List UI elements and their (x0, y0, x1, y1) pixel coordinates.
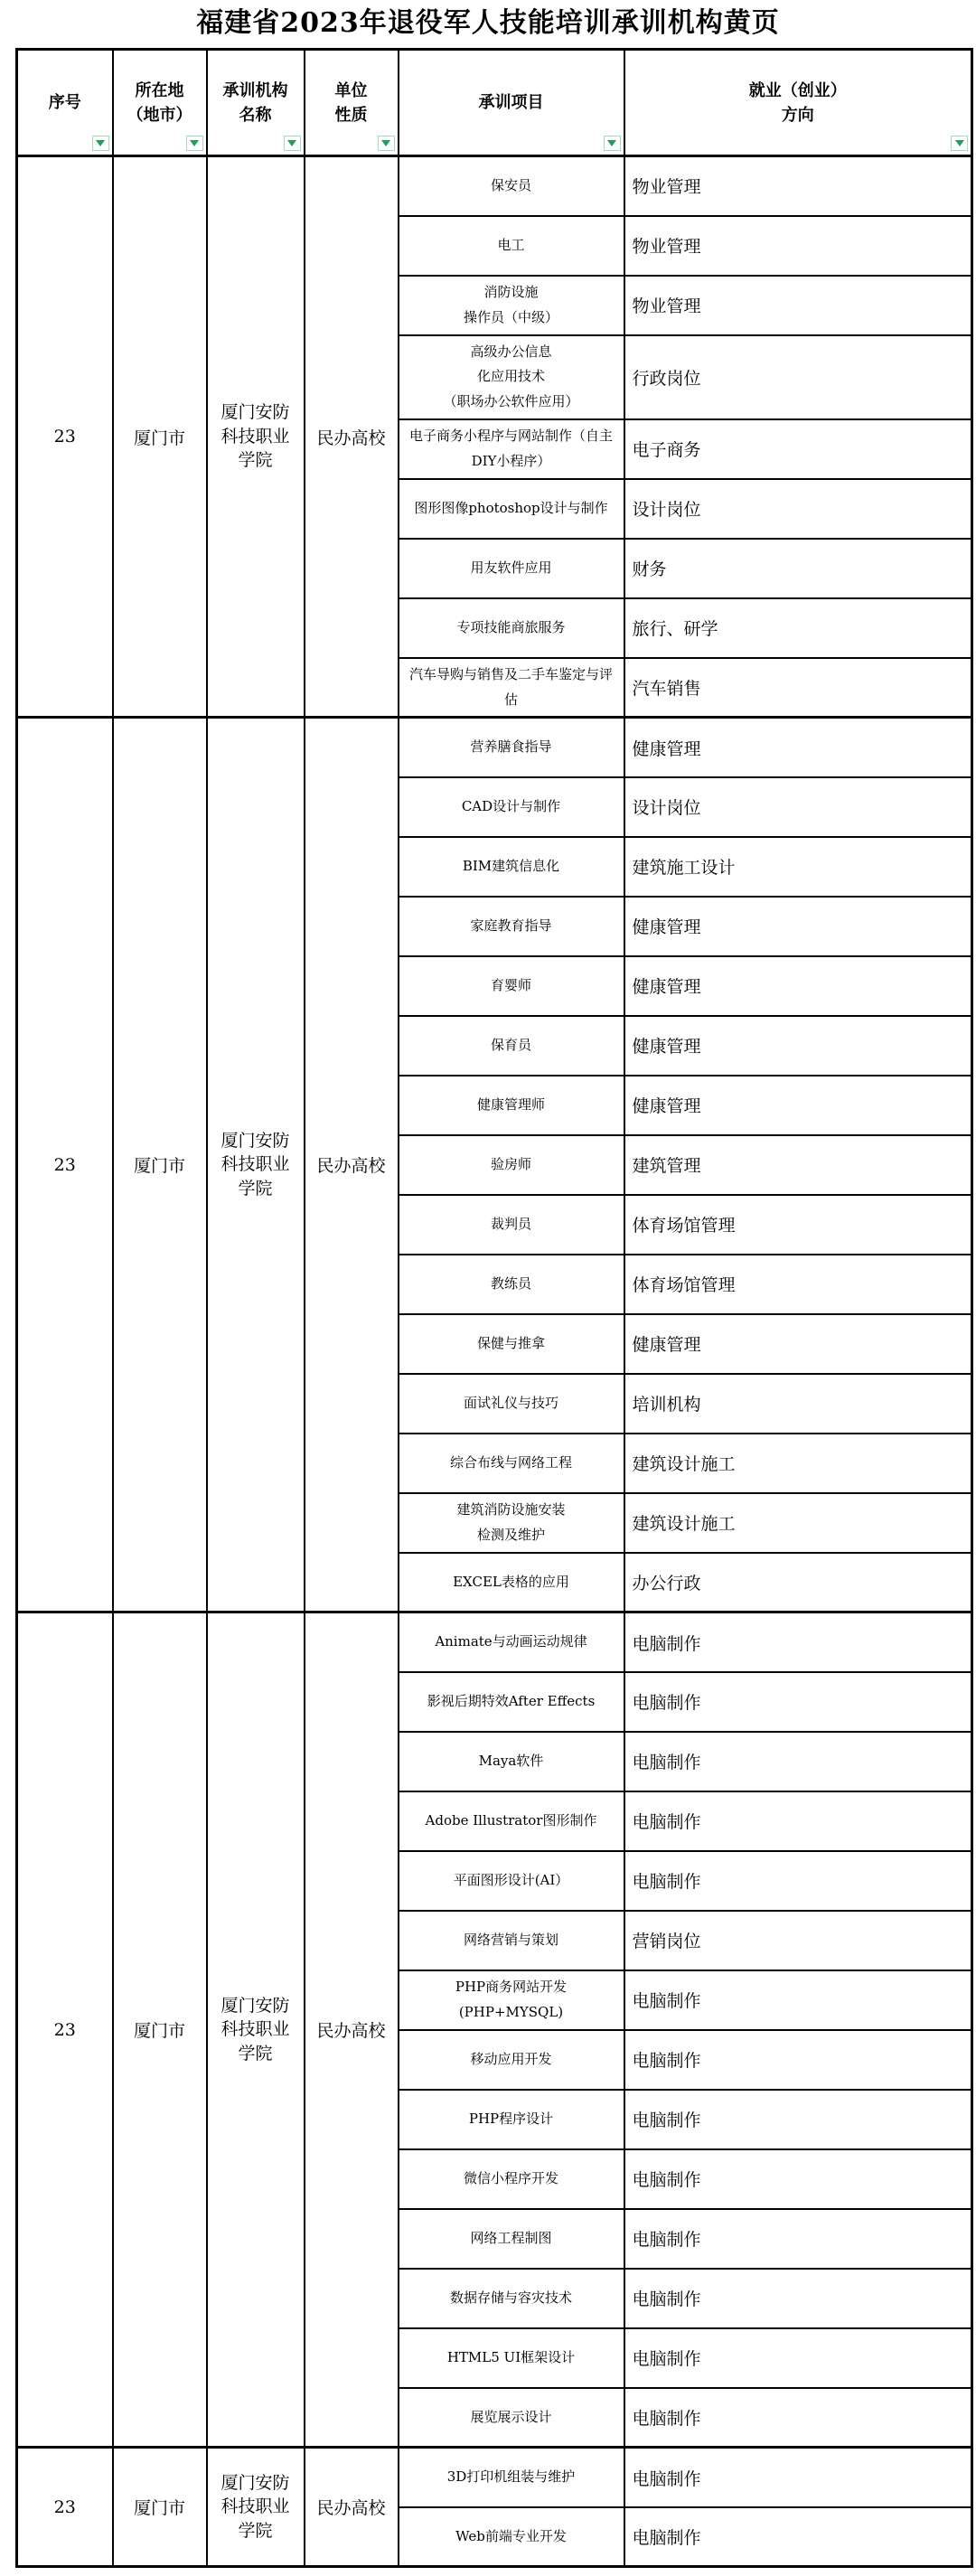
project-cell: 3D打印机组装与维护 (399, 2448, 624, 2507)
project-cell: 网络营销与策划 (399, 1911, 624, 1970)
column-header-label: 单位 性质 (335, 79, 368, 127)
institution-cell: 厦门安防科技职业学院 (207, 1612, 305, 2448)
project-cell: 图形图像photoshop设计与制作 (399, 479, 624, 539)
direction-cell: 健康管理 (624, 897, 972, 956)
direction-cell: 旅行、研学 (624, 598, 972, 658)
project-cell: 营养膳食指导 (399, 718, 624, 777)
direction-cell: 健康管理 (624, 1016, 972, 1076)
direction-cell: 电脑制作 (624, 1612, 972, 1672)
institution-cell: 厦门安防科技职业学院 (207, 156, 305, 718)
direction-cell: 电脑制作 (624, 1970, 972, 2030)
project-cell: 健康管理师 (399, 1076, 624, 1135)
city-cell: 厦门市 (113, 718, 207, 1612)
project-cell: 面试礼仪与技巧 (399, 1374, 624, 1434)
project-cell: 验房师 (399, 1135, 624, 1195)
direction-cell: 健康管理 (624, 1076, 972, 1135)
city-cell: 厦门市 (113, 2448, 207, 2567)
unit-type-cell: 民办高校 (305, 1612, 399, 2448)
project-cell: 保健与推拿 (399, 1314, 624, 1374)
table-row: 23厦门市厦门安防科技职业学院民办高校Animate与动画运动规律电脑制作 (17, 1612, 972, 1672)
table-row: 23厦门市厦门安防科技职业学院民办高校保安员物业管理 (17, 156, 972, 216)
direction-cell: 建筑设计施工 (624, 1434, 972, 1493)
direction-cell: 电脑制作 (624, 2269, 972, 2328)
table-header: 序号 所在地 （地市） 承训机构 名称 单位 性质 承训项目 (17, 50, 972, 156)
project-cell: 专项技能商旅服务 (399, 598, 624, 658)
direction-cell: 建筑设计施工 (624, 1493, 972, 1553)
direction-cell: 电脑制作 (624, 2328, 972, 2388)
table-row: 23厦门市厦门安防科技职业学院民办高校营养膳食指导健康管理 (17, 718, 972, 777)
filter-dropdown-button[interactable] (604, 136, 621, 151)
project-cell: 网络工程制图 (399, 2209, 624, 2269)
direction-cell: 电脑制作 (624, 2030, 972, 2090)
direction-cell: 电脑制作 (624, 2507, 972, 2567)
direction-cell: 电脑制作 (624, 2209, 972, 2269)
project-cell: 保育员 (399, 1016, 624, 1076)
column-header-label: 就业（创业） 方向 (749, 79, 847, 127)
serial-cell: 23 (17, 1612, 113, 2448)
header-row: 序号 所在地 （地市） 承训机构 名称 单位 性质 承训项目 (17, 50, 972, 156)
serial-cell: 23 (17, 2448, 113, 2567)
project-cell: EXCEL表格的应用 (399, 1553, 624, 1612)
project-cell: CAD设计与制作 (399, 777, 624, 837)
project-cell: 教练员 (399, 1255, 624, 1314)
direction-cell: 建筑施工设计 (624, 837, 972, 897)
project-cell: 用友软件应用 (399, 539, 624, 598)
unit-type-cell: 民办高校 (305, 156, 399, 718)
direction-cell: 建筑管理 (624, 1135, 972, 1195)
project-cell: Maya软件 (399, 1732, 624, 1791)
project-cell: 展览展示设计 (399, 2388, 624, 2448)
col-header-institution: 承训机构 名称 (207, 50, 305, 156)
col-header-serial: 序号 (17, 50, 113, 156)
filter-dropdown-icon (381, 140, 390, 146)
unit-type-cell: 民办高校 (305, 718, 399, 1612)
project-cell: 数据存储与容灾技术 (399, 2269, 624, 2328)
direction-cell: 培训机构 (624, 1374, 972, 1434)
serial-cell: 23 (17, 156, 113, 718)
direction-cell: 电子商务 (624, 419, 972, 479)
project-cell: PHP程序设计 (399, 2090, 624, 2149)
project-cell: 汽车导购与销售及二手车鉴定与评估 (399, 658, 624, 718)
filter-dropdown-button[interactable] (92, 136, 109, 151)
direction-cell: 物业管理 (624, 156, 972, 216)
direction-cell: 物业管理 (624, 216, 972, 276)
column-header-label: 承训机构 名称 (223, 79, 288, 127)
direction-cell: 电脑制作 (624, 1732, 972, 1791)
direction-cell: 行政岗位 (624, 335, 972, 419)
institution-cell: 厦门安防科技职业学院 (207, 2448, 305, 2567)
direction-cell: 营销岗位 (624, 1911, 972, 1970)
filter-dropdown-icon (190, 140, 199, 146)
direction-cell: 电脑制作 (624, 2090, 972, 2149)
project-cell: 电工 (399, 216, 624, 276)
page: 福建省2023年退役军人技能培训承训机构黄页 序号 所在地 （地市） (0, 0, 976, 2568)
serial-cell: 23 (17, 718, 113, 1612)
project-cell: 保安员 (399, 156, 624, 216)
direction-cell: 汽车销售 (624, 658, 972, 718)
project-cell: Adobe Illustrator图形制作 (399, 1791, 624, 1851)
filter-dropdown-icon (287, 140, 296, 146)
direction-cell: 健康管理 (624, 956, 972, 1016)
table-body: 23厦门市厦门安防科技职业学院民办高校保安员物业管理电工物业管理消防设施 操作员… (17, 156, 972, 2567)
filter-dropdown-button[interactable] (378, 136, 395, 151)
direction-cell: 物业管理 (624, 276, 972, 335)
project-cell: 裁判员 (399, 1195, 624, 1255)
project-cell: Web前端专业开发 (399, 2507, 624, 2567)
column-header-label: 所在地 （地市） (127, 79, 192, 127)
project-cell: 综合布线与网络工程 (399, 1434, 624, 1493)
direction-cell: 健康管理 (624, 1314, 972, 1374)
filter-dropdown-button[interactable] (284, 136, 301, 151)
project-cell: PHP商务网站开发(PHP+MYSQL) (399, 1970, 624, 2030)
direction-cell: 健康管理 (624, 718, 972, 777)
col-header-unit-type: 单位 性质 (305, 50, 399, 156)
project-cell: 育婴师 (399, 956, 624, 1016)
col-header-city: 所在地 （地市） (113, 50, 207, 156)
direction-cell: 设计岗位 (624, 777, 972, 837)
page-title: 福建省2023年退役军人技能培训承训机构黄页 (0, 5, 976, 41)
col-header-project: 承训项目 (399, 50, 624, 156)
project-cell: 移动应用开发 (399, 2030, 624, 2090)
filter-dropdown-button[interactable] (186, 136, 203, 151)
column-header-label: 承训项目 (479, 90, 544, 115)
project-cell: 高级办公信息 化应用技术 （职场办公软件应用） (399, 335, 624, 419)
filter-dropdown-icon (96, 140, 105, 146)
direction-cell: 体育场馆管理 (624, 1255, 972, 1314)
city-cell: 厦门市 (113, 1612, 207, 2448)
direction-cell: 电脑制作 (624, 1791, 972, 1851)
project-cell: 影视后期特效After Effects (399, 1672, 624, 1732)
city-cell: 厦门市 (113, 156, 207, 718)
project-cell: BIM建筑信息化 (399, 837, 624, 897)
direction-cell: 电脑制作 (624, 2388, 972, 2448)
direction-cell: 电脑制作 (624, 1851, 972, 1911)
project-cell: 建筑消防设施安装 检测及维护 (399, 1493, 624, 1553)
project-cell: Animate与动画运动规律 (399, 1612, 624, 1672)
direction-cell: 体育场馆管理 (624, 1195, 972, 1255)
project-cell: HTML5 UI框架设计 (399, 2328, 624, 2388)
project-cell: 电子商务小程序与网站制作（自主DIY小程序） (399, 419, 624, 479)
filter-dropdown-button[interactable] (951, 136, 968, 151)
project-cell: 平面图形设计(AI） (399, 1851, 624, 1911)
direction-cell: 电脑制作 (624, 2149, 972, 2209)
direction-cell: 办公行政 (624, 1553, 972, 1612)
table-row: 23厦门市厦门安防科技职业学院民办高校3D打印机组装与维护电脑制作 (17, 2448, 972, 2507)
project-cell: 消防设施 操作员（中级） (399, 276, 624, 335)
project-cell: 家庭教育指导 (399, 897, 624, 956)
col-header-direction: 就业（创业） 方向 (624, 50, 972, 156)
unit-type-cell: 民办高校 (305, 2448, 399, 2567)
column-header-label: 序号 (49, 90, 81, 115)
direction-cell: 电脑制作 (624, 2448, 972, 2507)
direction-cell: 财务 (624, 539, 972, 598)
institution-cell: 厦门安防科技职业学院 (207, 718, 305, 1612)
filter-dropdown-icon (955, 140, 964, 146)
filter-dropdown-icon (607, 140, 616, 146)
project-cell: 微信小程序开发 (399, 2149, 624, 2209)
direction-cell: 设计岗位 (624, 479, 972, 539)
direction-cell: 电脑制作 (624, 1672, 972, 1732)
yellow-pages-table: 序号 所在地 （地市） 承训机构 名称 单位 性质 承训项目 (15, 48, 973, 2568)
